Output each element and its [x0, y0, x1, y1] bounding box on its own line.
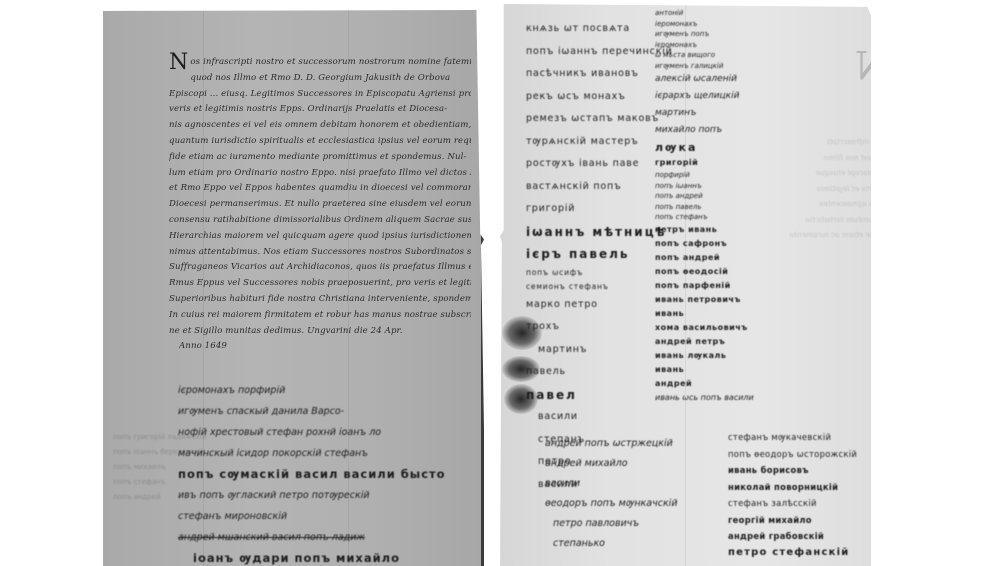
signature-line: игѹменъ галицкій	[655, 61, 765, 72]
latin-declaration-text: N os infrascripti nostro et successorum …	[169, 55, 471, 355]
signature-line: попъ сѹмаскій васил васили бысто	[178, 464, 478, 485]
right-manuscript-page: N os infrascripti quod nos Illmo Episcop…	[500, 4, 871, 566]
signature-line: мартинъ	[655, 105, 765, 122]
signature-line: попъ сафронъ	[655, 237, 765, 251]
signature-line: попъ стефанъ	[655, 212, 765, 223]
signature-line: ремезъ ѡстапъ маковъ	[526, 108, 666, 131]
illuminated-dropcap: N	[169, 55, 188, 71]
signature-line: ѡ мѣста вищого	[655, 50, 765, 61]
bleed-through-capital: N	[855, 44, 871, 88]
signature-line: пасѣчникъ ивановъ	[526, 63, 666, 86]
signature-line: попъ ѡсифъ	[526, 266, 666, 280]
signature-block-lower-left: андрей попъ ѡстржецкій андрей михайло ва…	[545, 434, 705, 554]
left-manuscript-page: N os infrascripti nostro et successorum …	[103, 10, 484, 566]
signature-line: вастѧнскій попъ	[526, 176, 666, 199]
signature-line: алексій ѡсаленій	[655, 71, 765, 88]
latin-line: Suffraganeos Vicarios aut Archidiaconos,…	[169, 260, 471, 276]
cyrillic-signatures-left: ієромонахъ порфирій игѹменъ спаскый дани…	[178, 380, 478, 566]
signature-line: ієръ павель	[526, 243, 666, 266]
signature-line: семионъ стефанъ	[526, 280, 666, 294]
latin-line: ne et Sigillo munitas dedimus. Ungvarini…	[169, 324, 471, 340]
signature-line: игѹменъ спаскый данила Варсо-	[178, 401, 478, 422]
signature-column-right: антоній іеромонахъ игѹменъ попъ ієромона…	[655, 8, 765, 405]
latin-line: consensu ratihabitione dimissorialibus O…	[169, 213, 471, 229]
manuscript-photo: N os infrascripti nostro et successorum …	[0, 0, 1006, 566]
signature-line: михайло попъ	[655, 122, 765, 139]
signature-line: андрей	[655, 377, 765, 391]
latin-line: In cuius rei maiorem firmitatem et robur…	[169, 308, 471, 324]
latin-line: nis agnoscentes ei vel eis omnem debitam…	[169, 118, 471, 134]
latin-line: fide etiam ac iuramento mediante promitt…	[169, 150, 471, 166]
signature-line: іѡаннъ мѣтницѣ	[526, 221, 666, 244]
signature-line: петръ ивань	[655, 223, 765, 237]
latin-line: os infrascripti nostro et successorum no…	[190, 55, 471, 71]
signature-line: георгій михайло	[728, 512, 868, 529]
signature-line: рекъ ѡсъ монахъ	[526, 86, 666, 109]
signature-line: стефанъ мироновскій	[178, 506, 478, 527]
latin-line: quod nos Illmo et Rmo D. D. Georgium Jak…	[190, 71, 471, 87]
signature-line: трохъ	[526, 316, 666, 339]
latin-line: et Rmo Eppo vel Eppos habentes quamdiu i…	[169, 181, 471, 197]
signature-line: степанько	[553, 534, 705, 554]
date-line: Anno 1649	[179, 339, 471, 355]
signature-line: игѹменъ попъ	[655, 29, 765, 40]
latin-line: Superioribus habituri fide nostra Christ…	[169, 292, 471, 308]
signature-line: васили	[538, 406, 666, 429]
signature-line: андрей попъ ѡстржецкій	[545, 434, 705, 454]
signature-line: стефанъ залѣсскій	[728, 495, 868, 512]
latin-line: quantum iurisdictio spiritualis et eccle…	[169, 134, 471, 150]
signature-line: андрей михайло	[545, 454, 705, 474]
signature-line: ієрархъ щелицкій	[655, 88, 765, 105]
signature-line: ивань	[655, 307, 765, 321]
signature-line: андрей грабовскій	[728, 528, 868, 545]
signature-line: ростѹхъ івань паве	[526, 153, 666, 176]
signature-line: григорій	[655, 156, 765, 170]
signature-line: мартинъ	[538, 339, 666, 362]
signature-line: попъ ѳеодоръ ѡсторожскій	[728, 446, 868, 463]
signature-line: андрей петръ	[655, 335, 765, 349]
signature-line: ѳеодоръ попъ мѹнкачскій	[545, 494, 705, 514]
signature-block-lower-right: стефанъ мѹкачевскій попъ ѳеодоръ ѡсторож…	[728, 429, 868, 561]
signature-line: ієромонахъ порфирій	[178, 380, 478, 401]
signature-line: николай поворницкій	[728, 479, 868, 496]
signature-line: попъ андрей	[655, 251, 765, 265]
signature-line: нофій хрестовый стефан рохнй іоанъ ло	[178, 422, 478, 443]
signature-line: марко петро	[526, 294, 666, 317]
latin-line: Hierarchias maiorem vel quicquam agere q…	[169, 229, 471, 245]
signature-line: петро стефанскій	[728, 545, 868, 562]
signature-line: попъ павель	[655, 202, 765, 213]
signature-line: ивань лѹкаль	[655, 349, 765, 363]
signature-line: ивань борисовъ	[728, 462, 868, 479]
latin-line: veris et legitimis nostris Epps. Ordinar…	[169, 102, 471, 118]
signature-line: ивань ѡсь попъ васили	[655, 391, 765, 405]
latin-line: Episcopi ... eiusq. Legitimos Successore…	[169, 87, 471, 103]
signature-column-left: кнѧзь ѡт посвѧта попъ іѡаннъ перечинскій…	[526, 18, 666, 496]
signature-line: ієромонахъ	[655, 40, 765, 51]
signature-line: попъ парфеній	[655, 279, 765, 293]
signature-line: попъ іѡаннъ перечинскій	[526, 41, 666, 64]
signature-line: ивань петровичъ	[655, 293, 765, 307]
signature-line: кнѧзь ѡт посвѧта	[526, 18, 666, 41]
signature-line: іоанъ ѹдари попъ михайло	[193, 548, 478, 566]
latin-line: nimus attentabimus. Nos etiam Successore…	[169, 245, 471, 261]
signature-line: васили	[545, 474, 705, 494]
latin-line: Rmus Eppus vel Successores nobis praepos…	[169, 276, 471, 292]
signature-line: попъ андрей	[655, 191, 765, 202]
latin-line: Dioecesi permanserimus. Et nullo praeter…	[169, 197, 471, 213]
signature-line: мачинскый ісидор покорскій стефанъ	[178, 443, 478, 464]
signature-line: іеромонахъ	[655, 19, 765, 30]
signature-line: ивъ попъ ѹглаский петро потѹрескій	[178, 485, 478, 506]
struck-signature-line: андрей мшанский васил попъ ладиж	[178, 527, 478, 548]
signature-line: лѹка	[655, 139, 765, 156]
signature-line: попъ ѳеодосій	[655, 265, 765, 279]
signature-line: павель	[526, 361, 666, 384]
signature-line: хома васильовичъ	[655, 321, 765, 335]
latin-line: lum etiam pro Ordinario nostro Eppo. nis…	[169, 166, 471, 182]
signature-line: григорій	[526, 198, 666, 221]
signature-line: антоній	[655, 8, 765, 19]
signature-line: петро павловичъ	[553, 514, 705, 534]
signature-line: павел	[526, 384, 666, 407]
signature-line: порфирій	[655, 170, 765, 181]
signature-line: стефанъ мѹкачевскій	[728, 429, 868, 446]
signature-line: тѹрѧнскій мастеръ	[526, 131, 666, 154]
signature-line: ивань	[655, 363, 765, 377]
signature-line: попъ іѡаннъ	[655, 181, 765, 192]
